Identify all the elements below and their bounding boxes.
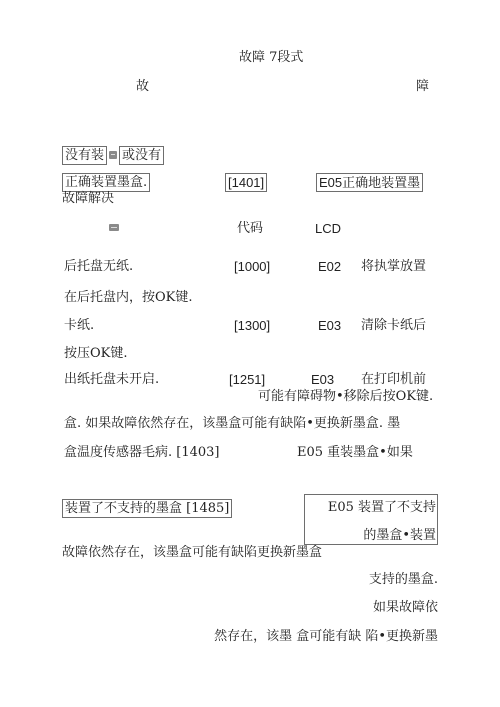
row-2-code: [1300]: [234, 318, 270, 334]
row-2-solution: 清除卡纸后: [361, 318, 426, 334]
row-1-code: [1000]: [234, 259, 270, 275]
sensor-row-lcd: E05 重装墨盒•如果: [297, 445, 413, 461]
column-header-lcd: LCD: [315, 221, 341, 237]
missing-cartridge-text-2: 或没有: [119, 146, 164, 165]
incorrect-install-lcd: E05正确地装置墨: [316, 173, 423, 192]
row-2-continuation: 按压OK键.: [64, 346, 128, 362]
row-1-continuation: 在后托盘内，按OK键.: [64, 290, 193, 306]
row-3-desc: 出纸托盘未开启.: [64, 372, 159, 388]
trailing-line-4: 然存在，该墨 盒可能有缺 陷•更换新墨: [214, 629, 438, 645]
trailing-line-1: 故障依然存在，该墨盒可能有缺陷更换新墨盒: [62, 545, 322, 561]
unsupported-lcd-line-1: E05 装置了不支持: [328, 500, 436, 516]
sensor-row-desc: 盒温度传感器毛病. [1403]: [64, 445, 220, 461]
column-icon: [109, 224, 119, 231]
missing-cartridge-text-1: 没有装: [62, 146, 107, 165]
row-3-code: [1251]: [229, 372, 265, 388]
incorrect-install-code: [1401]: [225, 173, 267, 192]
unsupported-lcd-line-2: 的墨盒•装置: [363, 528, 436, 544]
row-3-lcd: E03: [311, 372, 334, 388]
row-2-desc: 卡纸.: [64, 318, 94, 334]
row-1-desc: 后托盘无纸.: [64, 259, 133, 275]
trailing-line-3: 如果故障依: [373, 600, 438, 616]
row-3-solution: 在打印机前: [361, 372, 426, 388]
row-3-continuation: 可能有障碍物•移除后按OK键.: [258, 389, 433, 405]
header-left: 故: [136, 79, 149, 95]
solution-label: 故障解决: [62, 191, 114, 207]
row-1-solution: 将执掌放置: [361, 259, 426, 275]
trailing-line-2: 支持的墨盒.: [369, 572, 438, 588]
unsupported-desc: 装置了不支持的墨盒 [1485]: [62, 499, 232, 518]
row-1-lcd: E02: [318, 259, 341, 275]
small-box-icon: [109, 151, 117, 159]
incorrect-install-desc: 正确装置墨盒.: [62, 173, 150, 192]
paragraph-line-1: 盒. 如果故障依然存在，该墨盒可能有缺陷•更换新墨盒. 墨: [64, 416, 400, 432]
row-2-lcd: E03: [318, 318, 341, 334]
document-title: 故障 7段式: [239, 50, 303, 66]
header-right: 障: [416, 79, 429, 95]
column-header-code: 代码: [237, 221, 263, 237]
